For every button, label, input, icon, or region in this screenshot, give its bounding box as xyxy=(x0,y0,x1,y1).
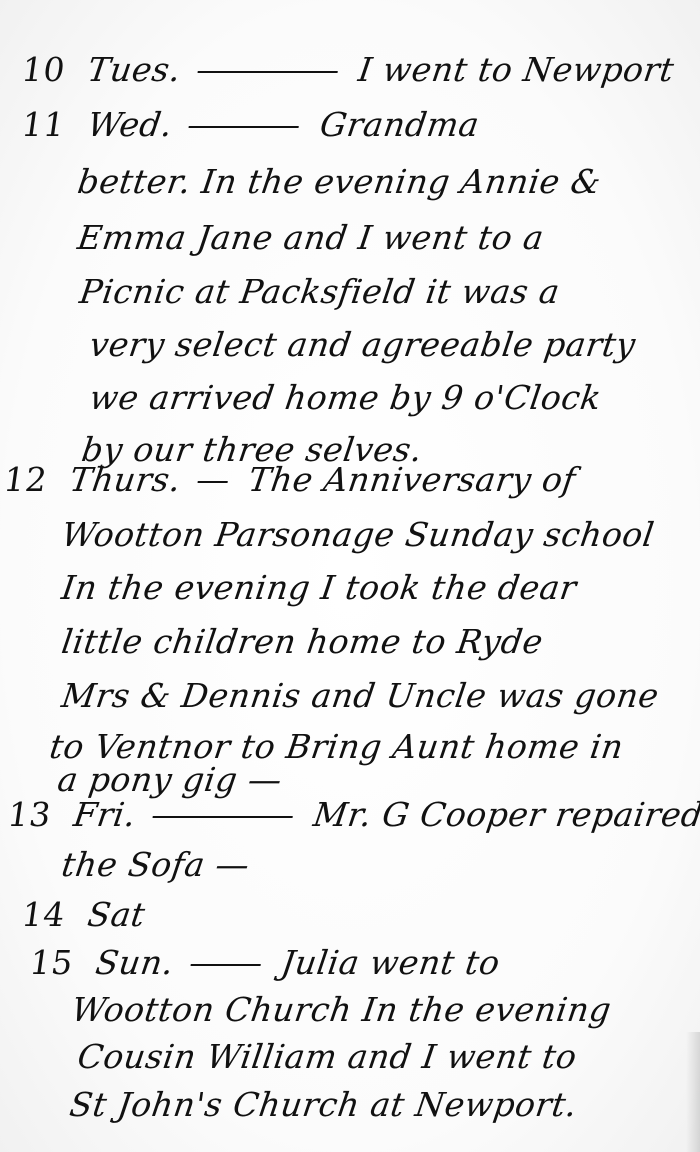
entry-11-line: Emma Jane and I went to a xyxy=(75,218,546,257)
entry-12-line: Mrs & Dennis and Uncle was gone xyxy=(59,676,661,715)
entry-12-line: little children home to Ryde xyxy=(59,622,545,661)
entry-text: Grandma xyxy=(318,105,482,144)
entry-weekday: Sun. xyxy=(93,943,176,982)
entry-date: 10 xyxy=(19,50,67,89)
entry-15-line: Cousin William and I went to xyxy=(75,1037,579,1076)
entry-text: Julia went to xyxy=(279,943,503,982)
entry-14-header: 14 Sat xyxy=(19,895,148,934)
entry-text: Mr. G Cooper repaired xyxy=(311,795,700,834)
entry-weekday: Wed. xyxy=(85,105,175,144)
entry-11-line: better. In the evening Annie & xyxy=(75,162,603,201)
entry-date: 14 xyxy=(19,895,67,934)
entry-12-line: Wootton Parsonage Sunday school xyxy=(59,515,657,554)
entry-weekday: Thurs. xyxy=(67,460,183,499)
entry-15-header: 15 Sun. Julia went to xyxy=(27,943,502,982)
entry-12-header: 12 Thurs. The Anniversary of xyxy=(1,460,578,499)
entry-dash xyxy=(190,964,260,966)
entry-15-line: St John's Church at Newport. xyxy=(67,1085,579,1124)
entry-11-header: 11 Wed. Grandma xyxy=(19,105,482,144)
entry-date: 13 xyxy=(5,795,53,834)
entry-dash xyxy=(197,71,337,73)
entry-date: 15 xyxy=(27,943,75,982)
entry-15-line: Wootton Church In the evening xyxy=(69,990,613,1029)
entry-dash xyxy=(152,816,292,818)
entry-13-header: 13 Fri. Mr. G Cooper repaired xyxy=(5,795,700,834)
entry-11-line: we arrived home by 9 o'Clock xyxy=(87,378,604,417)
entry-date: 11 xyxy=(19,105,67,144)
entry-weekday: Sat xyxy=(85,895,148,934)
entry-10-header: 10 Tues. I went to Newport xyxy=(19,50,676,89)
entry-dash xyxy=(189,126,299,128)
entry-12-line: In the evening I took the dear xyxy=(59,568,579,607)
entry-weekday: Tues. xyxy=(85,50,183,89)
entry-11-line: Picnic at Packsfield it was a xyxy=(77,272,562,311)
entry-12-line: a pony gig — xyxy=(55,760,284,799)
entry-text: The Anniversary of xyxy=(246,460,578,499)
diary-page: 10 Tues. I went to Newport 11 Wed. Grand… xyxy=(0,0,700,1152)
page-edge-shadow xyxy=(686,1032,700,1152)
entry-weekday: Fri. xyxy=(71,795,138,834)
entry-13-line: the Sofa — xyxy=(59,845,252,884)
entry-11-line: very select and agreeable party xyxy=(87,325,638,364)
entry-text: I went to Newport xyxy=(356,50,677,89)
entry-date: 12 xyxy=(1,460,49,499)
entry-dash xyxy=(197,481,227,483)
